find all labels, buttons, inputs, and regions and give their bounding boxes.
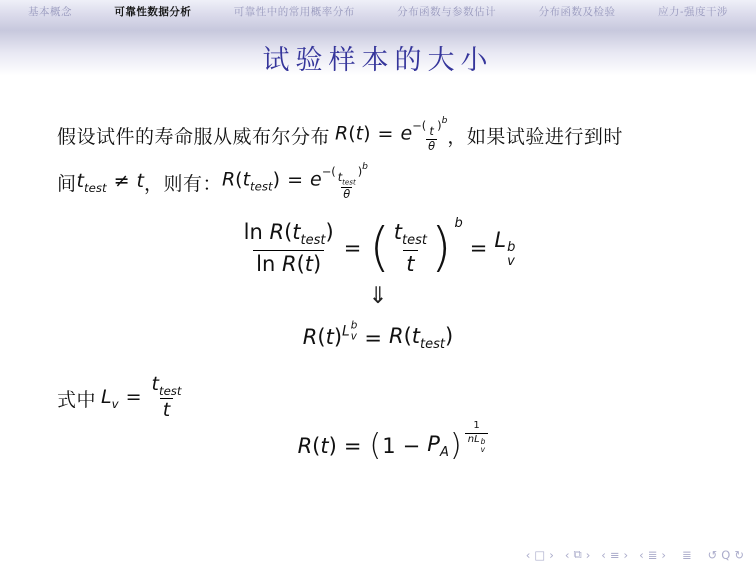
math-token: )	[329, 434, 337, 458]
math-token: t	[77, 170, 84, 192]
where-clause: 式中Lv= ttest t	[57, 372, 185, 424]
math-token: test	[402, 233, 427, 248]
fraction-ttest-t: ttest t	[391, 219, 430, 277]
math-token: v	[112, 396, 119, 410]
math-token: A	[440, 445, 449, 460]
left-paren: (	[369, 223, 389, 273]
math-token: =	[344, 236, 362, 260]
math-token: test	[159, 384, 182, 398]
right-paren: )	[450, 431, 462, 461]
math-token: θ	[341, 187, 352, 201]
slide-title: 试验样本的大小	[0, 38, 756, 77]
math-token: R	[303, 325, 318, 349]
math-token: t	[403, 250, 417, 277]
math-token: R	[222, 169, 235, 191]
math-token: test	[420, 337, 445, 352]
math-token: t	[394, 220, 402, 244]
nav-section-distribution-tests[interactable]: 分布函数及检验	[539, 4, 616, 19]
inline-eq-rtest: R(ttest)=e−(ttestθ)b	[222, 163, 368, 201]
PA-term: PA	[427, 432, 449, 460]
next-section-arrow-icon[interactable]: ›	[661, 548, 666, 562]
math-token: =	[344, 434, 362, 458]
math-token: b	[507, 241, 515, 255]
denominator: nLbv	[465, 433, 489, 454]
math-token: t	[160, 398, 173, 423]
exponent: −(ttestθ)b	[322, 163, 368, 201]
math-token: t	[137, 170, 144, 192]
math-token: R	[269, 220, 284, 244]
prev-frame-arrow-icon[interactable]: ‹	[565, 548, 570, 562]
math-token: −	[403, 434, 421, 458]
fraction-lnR: ln R(ttest) ln R(t)	[241, 219, 337, 277]
math-token: ln	[256, 252, 275, 276]
math-token: t	[427, 125, 435, 138]
math-token: test	[250, 180, 273, 194]
nav-section-stress-strength-interference[interactable]: 应力-强度干涉	[658, 4, 728, 19]
body-text: ，如果试验进行到时	[447, 122, 623, 149]
next-slide-arrow-icon[interactable]: ›	[549, 548, 554, 562]
math-token: e	[310, 169, 322, 191]
next-frame-arrow-icon[interactable]: ›	[586, 548, 591, 562]
body-text: 式中	[57, 385, 96, 412]
right-paren: )	[431, 223, 451, 273]
header-gradient: 基本概念 可靠性数据分析 可靠性中的常用概率分布 分布函数与参数估计 分布函数及…	[0, 0, 756, 92]
nav-section-common-probability-distributions[interactable]: 可靠性中的常用概率分布	[234, 4, 355, 19]
implies-down-arrow: ⇓	[0, 283, 756, 309]
appendix-icon[interactable]: ≣	[682, 548, 692, 562]
L-term: Lbv	[494, 228, 515, 269]
math-token: R	[389, 324, 404, 348]
math-token: L	[494, 228, 506, 252]
equation-log-ratio: ln R(ttest) ln R(t) = ( ttest t ) b = Lb…	[0, 216, 756, 280]
fraction-ttest-theta: ttestθ	[336, 171, 358, 201]
equation-R-power: R(t)Lbv = R(ttest)	[0, 318, 756, 358]
left-paren: (	[369, 431, 381, 461]
math-token: t	[356, 123, 363, 145]
exponent: Lbv	[342, 321, 357, 343]
numerator: ttest	[336, 171, 358, 186]
math-token: t	[320, 434, 328, 458]
presentation-slide: 基本概念 可靠性数据分析 可靠性中的常用概率分布 分布函数与参数估计 分布函数及…	[0, 0, 756, 567]
math-token: t	[292, 220, 300, 244]
prev-section-arrow-icon[interactable]: ‹	[639, 548, 644, 562]
fraction-t-theta: tθ	[426, 125, 437, 152]
section-navbar: 基本概念 可靠性数据分析 可靠性中的常用概率分布 分布函数与参数估计 分布函数及…	[0, 4, 756, 19]
math-token: v	[481, 446, 485, 454]
math-token: L	[474, 434, 480, 445]
math-token: )	[445, 324, 453, 348]
numerator: ln R(ttest)	[241, 219, 337, 249]
subsection-icon[interactable]: ≡	[610, 548, 620, 562]
back-icon[interactable]: ↺	[708, 548, 718, 562]
math-token: t	[412, 324, 420, 348]
body-text: 假设试件的寿命服从威布尔分布	[57, 122, 330, 149]
math-token: (	[348, 123, 355, 145]
body-text: ，则有：	[144, 169, 222, 196]
math-token: b	[455, 216, 463, 231]
math-token: =	[470, 236, 488, 260]
math-token: t	[326, 325, 334, 349]
prev-slide-arrow-icon[interactable]: ‹	[526, 548, 531, 562]
numerator: ttest	[149, 373, 185, 399]
math-token: −	[412, 119, 422, 133]
slide-icon[interactable]: □	[534, 548, 545, 562]
math-token: P	[427, 432, 440, 456]
search-icon[interactable]: Q	[721, 548, 730, 562]
math-token: L	[342, 324, 350, 340]
math-token: (	[317, 325, 325, 349]
math-token: t	[305, 252, 313, 276]
math-token: )	[273, 169, 280, 191]
equation-sample-size: R(t) = ( 1 − PA ) 1 nLbv	[15, 424, 756, 468]
math-token: 1	[470, 420, 482, 433]
math-token: )	[363, 123, 370, 145]
R-power-term: R(t)Lbv	[303, 325, 358, 351]
math-token: test	[84, 180, 107, 194]
math-token: (	[404, 324, 412, 348]
math-token: =	[364, 326, 382, 350]
nav-section-distribution-parameter-estimation[interactable]: 分布函数与参数估计	[397, 4, 496, 19]
math-token: =	[378, 123, 394, 145]
math-token: R	[335, 123, 348, 145]
math-token: (	[297, 252, 305, 276]
math-token: ln	[244, 220, 263, 244]
math-token: test	[301, 233, 326, 248]
numerator: ttest	[391, 219, 430, 249]
R-term: R(t)	[298, 434, 337, 458]
exponent: −(tθ)b	[412, 117, 447, 152]
frame-icon[interactable]: ⧉	[573, 547, 581, 562]
math-token: v	[351, 332, 357, 343]
sup-sub-stack: bv	[481, 438, 486, 454]
sup-sub-stack: bv	[507, 241, 515, 268]
math-token: )	[313, 252, 321, 276]
math-token: =	[126, 386, 142, 408]
exponent-fraction: 1 nLbv	[465, 420, 489, 454]
math-token: e	[400, 123, 412, 145]
math-token: L	[101, 386, 112, 408]
nav-section-basic-concepts[interactable]: 基本概念	[28, 4, 72, 19]
math-token: v	[507, 255, 515, 269]
body-line-1: 假设试件的寿命服从威布尔分布R(t)=e−(tθ)b，如果试验进行到时	[57, 112, 623, 158]
inline-eq-ttest: ttest≠t	[77, 170, 144, 195]
math-token: =	[287, 169, 303, 191]
math-token: t	[243, 169, 250, 191]
math-token: −	[322, 165, 332, 179]
math-token: θ	[426, 139, 437, 153]
denominator: ln R(t)	[253, 250, 324, 277]
beamer-navigation-bar: ‹ □ › ‹ ⧉ › ‹ ≡ › ‹ ≣ › ≣ ↺ Q ↻	[522, 547, 744, 562]
next-subsection-arrow-icon[interactable]: ›	[624, 548, 629, 562]
forward-icon[interactable]: ↻	[734, 548, 744, 562]
math-token: (	[235, 169, 242, 191]
math-token: test	[342, 178, 356, 187]
math-token: b	[362, 162, 368, 172]
body-line-2: 间ttest≠t，则有：R(ttest)=e−(ttestθ)b	[57, 158, 368, 206]
math-token: R	[298, 434, 313, 458]
math-token: 1	[382, 434, 395, 458]
math-token: )	[326, 220, 334, 244]
inline-eq-weibull: R(t)=e−(tθ)b	[335, 117, 447, 152]
math-token: R	[282, 252, 297, 276]
Lv-definition: Lv=	[101, 386, 148, 411]
sup-sub-stack: bv	[351, 321, 358, 343]
math-token: t	[152, 373, 159, 395]
prev-subsection-arrow-icon[interactable]: ‹	[601, 548, 606, 562]
nav-section-reliability-data-analysis[interactable]: 可靠性数据分析	[114, 4, 191, 19]
math-token: ≠	[114, 170, 130, 192]
body-text: 间	[57, 169, 77, 196]
section-icon[interactable]: ≣	[648, 548, 658, 562]
math-token: )	[334, 325, 342, 349]
R-ttest-term: R(ttest)	[389, 324, 453, 352]
fraction-ttest-t: ttest t	[149, 373, 185, 423]
